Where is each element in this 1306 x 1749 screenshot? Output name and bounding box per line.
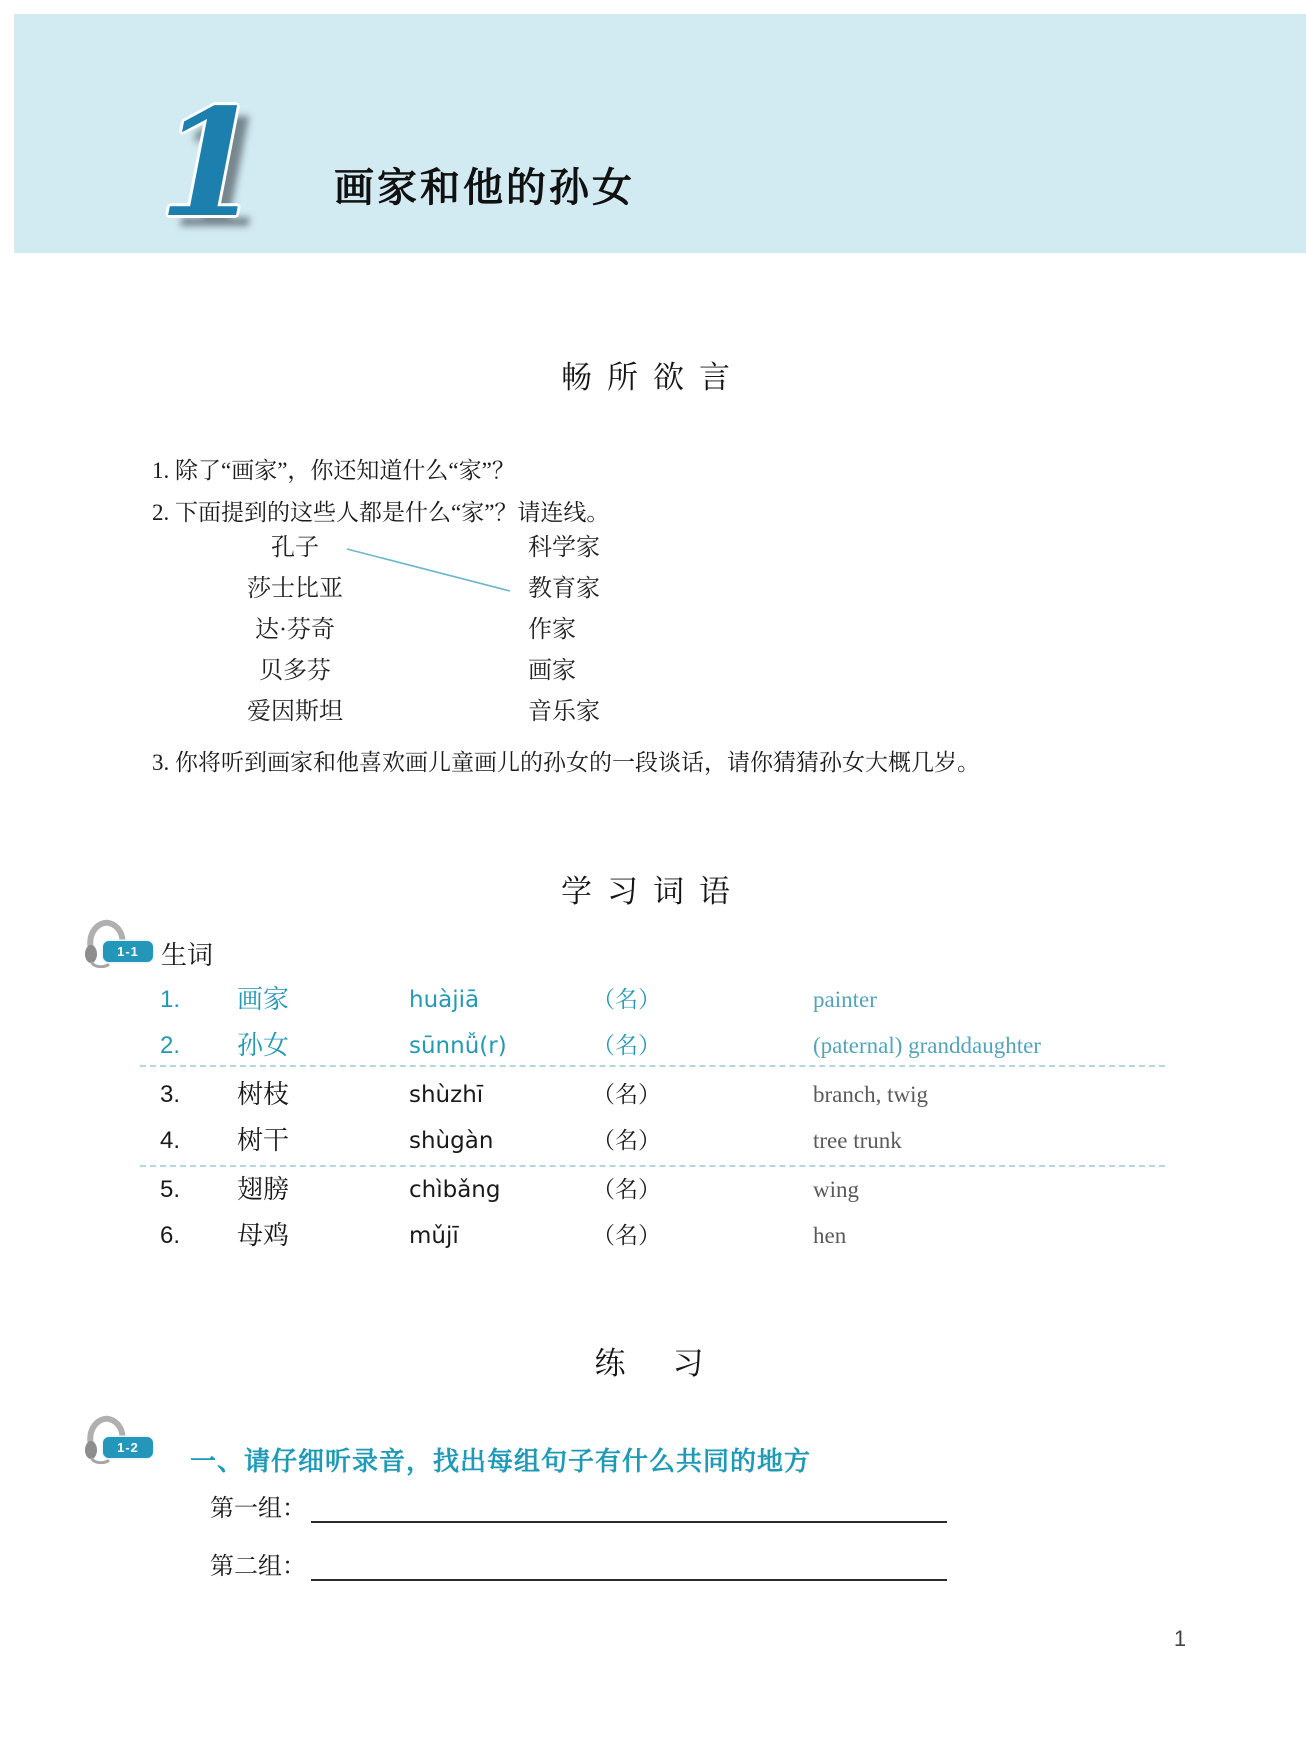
vocab-part-of-speech: （名） [592, 1219, 661, 1253]
vocab-meaning: wing [813, 1173, 859, 1207]
vocab-row: 3. 树枝 shùzhī （名） branch, twig [0, 1078, 1306, 1112]
vocab-meaning: tree trunk [813, 1124, 902, 1158]
vocab-pinyin: sūnnǚ(r) [409, 1029, 507, 1063]
vocab-meaning: painter [813, 983, 877, 1017]
vocab-number: 2. [160, 1029, 180, 1063]
page-number: 1 [1160, 1626, 1200, 1652]
matching-profession: 作家 [528, 610, 748, 651]
connection-line [338, 538, 520, 600]
matching-profession: 音乐家 [528, 692, 748, 733]
vocab-meaning: hen [813, 1219, 846, 1253]
vocab-part-of-speech: （名） [592, 1124, 661, 1158]
audio-track-badge: 1-1 [103, 941, 153, 962]
vocab-row: 4. 树干 shùgàn （名） tree trunk [0, 1124, 1306, 1158]
vocab-pinyin: chìbǎng [409, 1173, 500, 1207]
dashed-divider [140, 1065, 1165, 1067]
blank-label: 第二组： [210, 1546, 306, 1581]
vocab-meaning: (paternal) granddaughter [813, 1029, 1041, 1063]
vocab-part-of-speech: （名） [592, 1029, 661, 1063]
blank-label: 第一组： [210, 1488, 306, 1523]
section-heading-exercises: 练 习 [0, 1338, 1306, 1383]
vocab-part-of-speech: （名） [592, 1173, 661, 1207]
matching-profession: 画家 [528, 651, 748, 692]
matching-name: 爱因斯坦 [195, 692, 395, 733]
exercise-instruction: 一、请仔细听录音，找出每组句子有什么共同的地方 [190, 1441, 811, 1478]
vocab-number: 4. [160, 1124, 180, 1158]
vocab-pinyin: shùzhī [409, 1078, 483, 1112]
vocab-pinyin: shùgàn [409, 1124, 493, 1158]
audio-track-badge: 1-2 [103, 1437, 153, 1458]
matching-name: 贝多芬 [195, 651, 395, 692]
vocab-row: 5. 翅膀 chìbǎng （名） wing [0, 1173, 1306, 1207]
vocab-number: 1. [160, 983, 180, 1017]
vocab-part-of-speech: （名） [592, 983, 661, 1017]
vocab-word: 树枝 [237, 1078, 289, 1112]
vocab-number: 6. [160, 1219, 180, 1253]
fill-in-blank-line [311, 1579, 947, 1581]
fill-in-blank-line [311, 1521, 947, 1523]
vocab-pinyin: mǔjī [409, 1219, 459, 1253]
vocab-row: 1. 画家 huàjiā （名） painter [0, 983, 1306, 1017]
vocab-row: 6. 母鸡 mǔjī （名） hen [0, 1219, 1306, 1253]
vocab-word: 翅膀 [237, 1173, 289, 1207]
vocab-subheading: 生词 [161, 935, 213, 972]
matching-profession: 科学家 [528, 528, 748, 569]
vocab-word: 母鸡 [237, 1219, 289, 1253]
vocab-part-of-speech: （名） [592, 1078, 661, 1112]
vocab-word: 树干 [237, 1124, 289, 1158]
vocab-pinyin: huàjiā [409, 983, 479, 1017]
vocab-row: 2. 孙女 sūnnǚ(r) （名） (paternal) granddaugh… [0, 1029, 1306, 1063]
matching-professions-column: 科学家 教育家 作家 画家 音乐家 [528, 528, 748, 733]
matching-profession: 教育家 [528, 569, 748, 610]
vocab-number: 5. [160, 1173, 180, 1207]
textbook-page: 1 画家和他的孙女 畅所欲言 1. 除了“画家”，你还知道什么“家”？ 2. 下… [0, 0, 1306, 1749]
matching-name: 达·芬奇 [195, 610, 395, 651]
dashed-divider [140, 1165, 1165, 1167]
vocab-word: 画家 [237, 983, 289, 1017]
vocab-word: 孙女 [237, 1029, 289, 1063]
vocab-meaning: branch, twig [813, 1078, 928, 1112]
section-heading-speak-freely: 畅所欲言 [0, 352, 1306, 397]
question-3: 3. 你将听到画家和他喜欢画儿童画儿的孙女的一段谈话，请你猜猜孙女大概几岁。 [152, 744, 980, 777]
vocab-number: 3. [160, 1078, 180, 1112]
lesson-title: 画家和他的孙女 [334, 156, 635, 213]
section-heading-vocabulary: 学习词语 [0, 866, 1306, 911]
lesson-number: 1 [150, 88, 270, 248]
question-1: 1. 除了“画家”，你还知道什么“家”？ [152, 452, 515, 485]
question-2: 2. 下面提到的这些人都是什么“家”？请连线。 [152, 494, 609, 527]
